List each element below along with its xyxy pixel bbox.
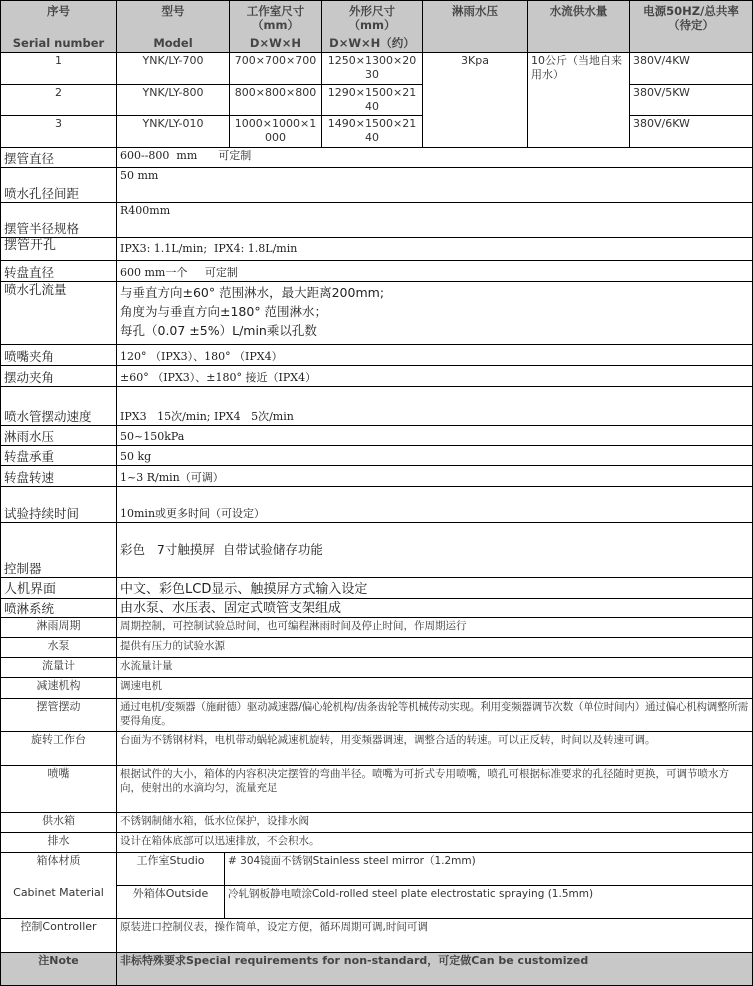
note-value: 非标特殊要求Special requirements for non-stand… <box>116 952 753 986</box>
spec-row: 喷水孔流量 与垂直方向±60° 范围淋水，最大距离200mm; 角度为与垂直方向… <box>0 281 752 345</box>
model-chamber-size: 700×700×700 <box>229 52 322 85</box>
cabinet-value: 冷轧钢板静电喷涂Cold-rolled steel plate electros… <box>224 885 753 919</box>
spec-value: 600 mm一个 可定制 <box>116 260 753 282</box>
cabinet-part: 工作室Studio <box>116 852 225 886</box>
model-serial: 3 <box>0 115 117 148</box>
header-water: 水流供水量 <box>527 0 630 53</box>
spec-value: IPX3 15次/min; IPX4 5次/min <box>116 386 753 426</box>
spec-label: 喷水孔径间距 <box>0 167 117 203</box>
spec-label: 喷水孔流量 <box>0 281 117 345</box>
spec-label: 喷嘴夹角 <box>0 344 117 366</box>
model-outer-size: 1250×1300×2030 <box>321 52 423 85</box>
model-row: 3 YNK/LY-010 1000×1000×1000 1490×1500×21… <box>0 115 752 148</box>
spec-row: 摆管半径规格 R400mm <box>0 202 752 238</box>
header-power: 电源50HZ/总共率 （待定） <box>629 0 753 53</box>
spec-label: 摆动夹角 <box>0 365 117 387</box>
spec-value: 50~150kPa <box>116 425 753 446</box>
header-serial: 序号 Serial number <box>0 0 117 53</box>
spec-label: 摆管半径规格 <box>0 202 117 238</box>
feature-row: 摆管摆动 通过电机/变频器（施耐德）驱动减速器/偏心轮机构/齿条齿轮等机械传动实… <box>0 698 752 732</box>
spec-value-line: 与垂直方向±60° 范围淋水，最大距离200mm; <box>120 283 749 302</box>
spec-label: 控制器 <box>0 522 117 578</box>
feature-row: 流量计 水流量计量 <box>0 657 752 678</box>
cabinet-part: 外箱体Outside <box>116 885 225 919</box>
spec-row: 喷水管摆动速度 IPX3 15次/min; IPX4 5次/min <box>0 386 752 426</box>
feature-value: 调速电机 <box>116 677 753 699</box>
cabinet-value: # 304镜面不锈钢Stainless steel mirror（1.2mm) <box>224 852 753 886</box>
spec-label: 喷淋系统 <box>0 598 117 618</box>
feature-value: 不锈钢制储水箱，低水位保护，设排水阀 <box>116 812 753 833</box>
header-chamber-unit: （mm） <box>230 18 321 32</box>
feature-label: 减速机构 <box>0 677 117 699</box>
note-label: 注Note <box>0 952 117 986</box>
header-row: 序号 Serial number 型号 Model 工作室尺寸 （mm） D×W… <box>0 0 752 53</box>
spec-label: 转盘直径 <box>0 260 117 282</box>
feature-label: 排水 <box>0 832 117 853</box>
header-pressure-cn: 淋雨水压 <box>423 4 527 18</box>
header-chamber-dims: D×W×H <box>230 36 321 50</box>
spec-value: 50 mm <box>116 167 753 203</box>
model-row: 2 YNK/LY-800 800×800×800 1290×1500×2140 … <box>0 84 752 116</box>
header-water-cn: 水流供水量 <box>528 4 629 18</box>
model-row: 1 YNK/LY-700 700×700×700 1250×1300×2030 … <box>0 52 752 85</box>
feature-label: 淋雨周期 <box>0 617 117 638</box>
model-chamber-size: 800×800×800 <box>229 84 322 116</box>
spec-value: 与垂直方向±60° 范围淋水，最大距离200mm; 角度为与垂直方向±180° … <box>116 281 753 345</box>
spec-value: R400mm <box>116 202 753 238</box>
spec-value: 600--800 mm 可定制 <box>116 147 753 168</box>
model-chamber-size: 1000×1000×1000 <box>229 115 322 148</box>
spec-row: 控制器 彩色 7寸触摸屏 自带试验储存功能 <box>0 522 752 578</box>
model-serial: 2 <box>0 84 117 116</box>
spec-value: 120° （IPX3）、180° （IPX4） <box>116 344 753 366</box>
header-pressure: 淋雨水压 <box>422 0 528 53</box>
feature-label: 旋转工作台 <box>0 731 117 766</box>
spec-label: 人机界面 <box>0 577 117 599</box>
controller-label: 控制Controller <box>0 918 117 953</box>
spec-value: ±60° （IPX3）、±180° 接近（IPX4） <box>116 365 753 387</box>
spec-row: 摆管开孔 IPX3: 1.1L/min; IPX4: 1.8L/min <box>0 237 752 261</box>
shared-water-supply: 10公斤（当地自来用水） <box>527 52 630 148</box>
spec-row: 转盘直径 600 mm一个 可定制 <box>0 260 752 282</box>
spec-value: 中文、彩色LCD显示、触摸屏方式输入设定 <box>116 577 753 599</box>
feature-row: 旋转工作台 台面为不锈钢材料，电机带动蜗轮减速机旋转，用变频器调速，调整合适的转… <box>0 731 752 766</box>
spec-value: 由水泵、水压表、固定式喷管支架组成 <box>116 598 753 618</box>
header-outer-unit: （mm） <box>322 18 422 32</box>
spec-row: 摆管直径 600--800 mm 可定制 <box>0 147 752 168</box>
spec-row: 转盘承重 50 kg <box>0 445 752 466</box>
feature-row: 排水 设计在箱体底部可以迅速排放，不会积水。 <box>0 832 752 853</box>
spec-row: 人机界面 中文、彩色LCD显示、触摸屏方式输入设定 <box>0 577 752 599</box>
model-power: 380V/5KW <box>629 84 753 116</box>
spec-row: 喷嘴夹角 120° （IPX3）、180° （IPX4） <box>0 344 752 366</box>
model-name: YNK/LY-800 <box>116 84 230 116</box>
feature-value: 根据试件的大小，箱体的内容积决定摆管的弯曲半径。喷嘴为可折式专用喷嘴，喷孔可根据… <box>116 765 753 813</box>
cabinet-label-en: Cabinet Material <box>4 886 113 900</box>
header-power-cn: 电源50HZ/总共率 <box>630 4 752 18</box>
feature-value: 提供有压力的试验水源 <box>116 637 753 658</box>
feature-value: 设计在箱体底部可以迅速排放，不会积水。 <box>116 832 753 853</box>
spec-row: 试验持续时间 10min或更多时间（可设定） <box>0 486 752 523</box>
feature-label: 供水箱 <box>0 812 117 833</box>
model-outer-size: 1490×1500×2140 <box>321 115 423 148</box>
spec-value: 50 kg <box>116 445 753 466</box>
feature-label: 摆管摆动 <box>0 698 117 732</box>
model-power: 380V/6KW <box>629 115 753 148</box>
spec-value: 彩色 7寸触摸屏 自带试验储存功能 <box>116 522 753 578</box>
header-serial-en: Serial number <box>1 36 116 50</box>
cabinet-label: 箱体材质 Cabinet Material <box>0 852 117 919</box>
feature-value: 通过电机/变频器（施耐德）驱动减速器/偏心轮机构/齿条齿轮等机械传动实现。利用变… <box>116 698 753 732</box>
model-power: 380V/4KW <box>629 52 753 85</box>
spec-value: IPX3: 1.1L/min; IPX4: 1.8L/min <box>116 237 753 261</box>
feature-label: 喷嘴 <box>0 765 117 813</box>
header-serial-cn: 序号 <box>1 4 116 18</box>
spec-label: 转盘承重 <box>0 445 117 466</box>
feature-value: 台面为不锈钢材料，电机带动蜗轮减速机旋转，用变频器调速，调整合适的转速。可以正反… <box>116 731 753 766</box>
spec-value-line: 角度为与垂直方向±180° 范围淋水； <box>120 302 749 321</box>
controller-value: 原装进口控制仪表，操作简单，设定方便，循环周期可调,时间可调 <box>116 918 753 953</box>
model-serial: 1 <box>0 52 117 85</box>
spec-label: 试验持续时间 <box>0 486 117 523</box>
feature-value: 水流量计量 <box>116 657 753 678</box>
spec-value: 1~3 R/min（可调） <box>116 465 753 487</box>
cabinet-label-cn: 箱体材质 <box>4 854 113 868</box>
header-outer: 外形尺寸 （mm） D×W×H（约） <box>321 0 423 53</box>
spec-row: 喷水孔径间距 50 mm <box>0 167 752 203</box>
feature-value: 周期控制，可控制试验总时间，也可编程淋雨时间及停止时间，作周期运行 <box>116 617 753 638</box>
feature-row: 水泵 提供有压力的试验水源 <box>0 637 752 658</box>
spec-row: 摆动夹角 ±60° （IPX3）、±180° 接近（IPX4） <box>0 365 752 387</box>
feature-label: 流量计 <box>0 657 117 678</box>
header-outer-cn: 外形尺寸 <box>322 4 422 18</box>
header-model-en: Model <box>117 36 229 50</box>
feature-row: 喷嘴 根据试件的大小，箱体的内容积决定摆管的弯曲半径。喷嘴为可折式专用喷嘴，喷孔… <box>0 765 752 813</box>
feature-row: 淋雨周期 周期控制，可控制试验总时间，也可编程淋雨时间及停止时间，作周期运行 <box>0 617 752 638</box>
spec-value: 10min或更多时间（可设定） <box>116 486 753 523</box>
header-model: 型号 Model <box>116 0 230 53</box>
spec-row: 喷淋系统 由水泵、水压表、固定式喷管支架组成 <box>0 598 752 618</box>
spec-row: 转盘转速 1~3 R/min（可调） <box>0 465 752 487</box>
header-outer-dims: D×W×H（约） <box>322 36 422 50</box>
model-outer-size: 1290×1500×2140 <box>321 84 423 116</box>
spec-row: 淋雨水压 50~150kPa <box>0 425 752 446</box>
header-power-sub: （待定） <box>630 18 752 32</box>
shared-pressure: 3Kpa <box>422 52 528 148</box>
feature-row: 供水箱 不锈钢制储水箱，低水位保护，设排水阀 <box>0 812 752 833</box>
model-name: YNK/LY-700 <box>116 52 230 85</box>
spec-label: 摆管开孔 <box>0 237 117 261</box>
spec-label: 喷水管摆动速度 <box>0 386 117 426</box>
model-name: YNK/LY-010 <box>116 115 230 148</box>
spec-label: 淋雨水压 <box>0 425 117 446</box>
spec-value-line: 每孔（0.07 ±5%）L/min乘以孔数 <box>120 321 749 340</box>
header-model-cn: 型号 <box>117 4 229 18</box>
feature-label: 水泵 <box>0 637 117 658</box>
header-chamber-cn: 工作室尺寸 <box>230 4 321 18</box>
feature-row: 减速机构 调速电机 <box>0 677 752 699</box>
header-chamber: 工作室尺寸 （mm） D×W×H <box>229 0 322 53</box>
spec-label: 转盘转速 <box>0 465 117 487</box>
spec-label: 摆管直径 <box>0 147 117 168</box>
